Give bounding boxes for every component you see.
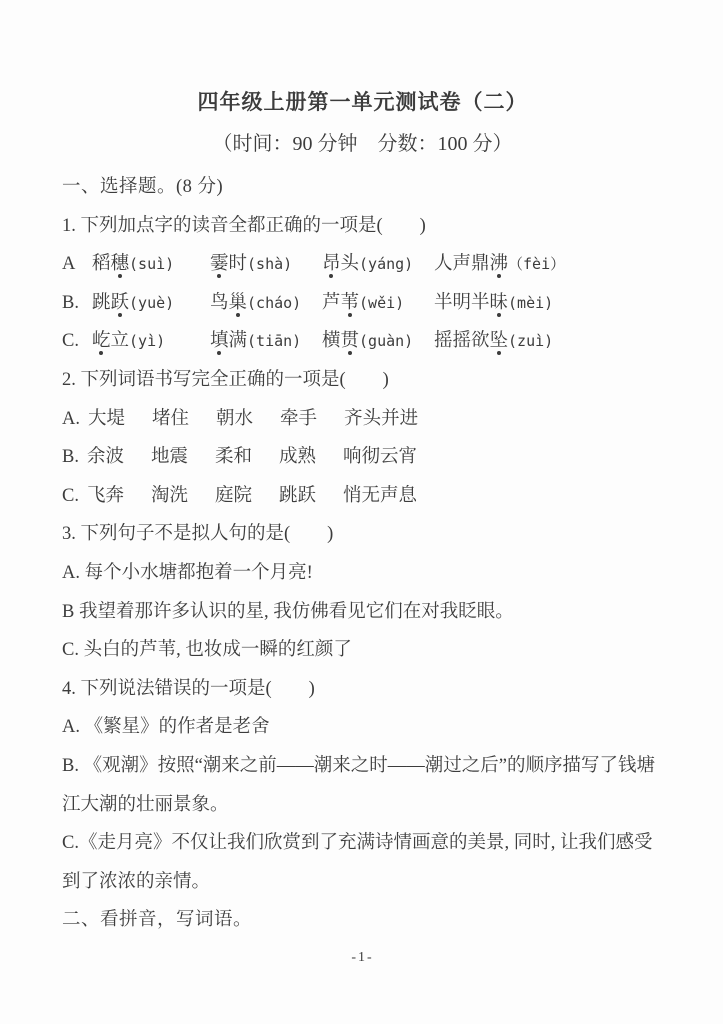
word: 大堤: [88, 400, 125, 439]
option-label: B.: [62, 438, 79, 477]
section-one-heading: 一、选择题。(8 分): [62, 168, 663, 207]
word-with-pinyin: 稻穗(suì): [92, 245, 210, 284]
word-text: 头: [341, 254, 360, 274]
word: 朝水: [216, 400, 253, 439]
pinyin: (mèi): [508, 294, 553, 312]
question-1-stem: 1. 下列加点字的读音全都正确的一项是( ): [62, 207, 663, 246]
dotted-char: 跃: [111, 293, 130, 313]
question-4-option-c: C.《走月亮》不仅让我们欣赏到了充满诗情画意的美景, 同时, 让我们感受到了浓浓…: [62, 824, 663, 901]
section-two-heading: 二、看拼音，写词语。: [62, 901, 663, 940]
word-with-pinyin: 填满(tiān): [210, 322, 322, 361]
question-1-option-b: B. 跳跃(yuè) 鸟巢(cháo) 芦苇(wěi) 半明半昧(mèi): [62, 284, 663, 323]
option-label: B.: [62, 284, 92, 323]
word-with-pinyin: 屹立(yì): [92, 322, 210, 361]
question-2-stem: 2. 下列词语书写完全正确的一项是( ): [62, 361, 663, 400]
dotted-char: 霎: [210, 254, 229, 274]
pinyin: (yáng): [359, 255, 413, 273]
word: 地震: [151, 438, 188, 477]
word-text: 横: [322, 331, 341, 351]
option-label: A: [62, 245, 92, 284]
pinyin: （fèi）: [508, 255, 565, 273]
word: 齐头并进: [344, 400, 418, 439]
question-4-stem: 4. 下列说法错误的一项是( ): [62, 670, 663, 709]
question-4-option-a: A. 《繁星》的作者是老舍: [62, 708, 663, 747]
word: 牵手: [280, 400, 317, 439]
option-label: C.: [62, 322, 92, 361]
word-text: 跳: [92, 293, 111, 313]
question-1-option-c: C. 屹立(yì) 填满(tiān) 横贯(guàn) 摇摇欲坠(zuì): [62, 322, 663, 361]
pinyin: (yì): [129, 332, 165, 350]
page-number: -1-: [62, 948, 663, 968]
word: 跳跃: [279, 477, 316, 516]
dotted-char: 昂: [322, 254, 341, 274]
paper-subtitle: （时间：90 分钟 分数：100 分）: [62, 130, 663, 158]
pinyin: (yuè): [129, 294, 174, 312]
dotted-char: 巢: [229, 293, 248, 313]
question-2-option-c: C. 飞奔 淘洗 庭院 跳跃 悄无声息: [62, 477, 663, 516]
word: 柔和: [215, 438, 252, 477]
word-with-pinyin: 摇摇欲坠(zuì): [434, 322, 663, 361]
pinyin: (cháo): [247, 294, 301, 312]
dotted-char: 屹: [92, 331, 111, 351]
word-with-pinyin: 人声鼎沸（fèi）: [434, 245, 663, 284]
word-with-pinyin: 霎时(shà): [210, 245, 322, 284]
question-3-option-c: C. 头白的芦苇, 也妆成一瞬的红颜了: [62, 631, 663, 670]
question-3-option-a: A. 每个小水塘都抱着一个月亮!: [62, 554, 663, 593]
pinyin: (zuì): [508, 332, 553, 350]
pinyin: (tiān): [247, 332, 301, 350]
word-text: 满: [229, 331, 248, 351]
word: 堵住: [152, 400, 189, 439]
option-label: A.: [62, 400, 80, 439]
dotted-char: 昧: [490, 293, 509, 313]
question-3-stem: 3. 下列句子不是拟人句的是( ): [62, 515, 663, 554]
dotted-char: 苇: [341, 293, 360, 313]
word: 庭院: [215, 477, 252, 516]
word-text: 摇摇欲: [434, 331, 490, 351]
word-with-pinyin: 鸟巢(cháo): [210, 284, 322, 323]
word-text: 稻: [92, 254, 111, 274]
word-with-pinyin: 半明半昧(mèi): [434, 284, 663, 323]
word-text: 立: [111, 331, 130, 351]
word-text: 芦: [322, 293, 341, 313]
pinyin: (suì): [129, 255, 174, 273]
option-label: C.: [62, 477, 79, 516]
question-1-option-a: A 稻穗(suì) 霎时(shà) 昂头(yáng) 人声鼎沸（fèi）: [62, 245, 663, 284]
question-3-option-b: B 我望着那许多认识的星, 我仿佛看见它们在对我眨眼。: [62, 593, 663, 632]
paper-body: 一、选择题。(8 分) 1. 下列加点字的读音全都正确的一项是( ) A 稻穗(…: [62, 168, 663, 940]
pinyin: (wěi): [359, 294, 404, 312]
word-text: 半明半: [434, 293, 490, 313]
word: 淘洗: [151, 477, 188, 516]
question-4-option-b: B. 《观潮》按照“潮来之前——潮来之时——潮过之后”的顺序描写了钱塘江大潮的壮…: [62, 747, 663, 824]
pinyin: (shà): [247, 255, 292, 273]
word-with-pinyin: 跳跃(yuè): [92, 284, 210, 323]
word: 悄无声息: [343, 477, 417, 516]
question-2-option-a: A. 大堤 堵住 朝水 牵手 齐头并进: [62, 400, 663, 439]
pinyin: (guàn): [359, 332, 413, 350]
word: 成熟: [279, 438, 316, 477]
word: 余波: [87, 438, 124, 477]
word: 飞奔: [87, 477, 124, 516]
word-text: 人声鼎: [434, 254, 490, 274]
word: 响彻云宵: [343, 438, 417, 477]
dotted-char: 贯: [341, 331, 360, 351]
question-2-option-b: B. 余波 地震 柔和 成熟 响彻云宵: [62, 438, 663, 477]
paper-title: 四年级上册第一单元测试卷（二）: [62, 88, 663, 116]
test-paper-page: 四年级上册第一单元测试卷（二） （时间：90 分钟 分数：100 分） 一、选择…: [0, 0, 723, 1024]
word-with-pinyin: 昂头(yáng): [322, 245, 434, 284]
word-with-pinyin: 芦苇(wěi): [322, 284, 434, 323]
dotted-char: 坠: [490, 331, 509, 351]
word-with-pinyin: 横贯(guàn): [322, 322, 434, 361]
dotted-char: 沸: [490, 254, 509, 274]
dotted-char: 穗: [111, 254, 130, 274]
word-text: 时: [229, 254, 248, 274]
dotted-char: 填: [210, 331, 229, 351]
word-text: 鸟: [210, 293, 229, 313]
